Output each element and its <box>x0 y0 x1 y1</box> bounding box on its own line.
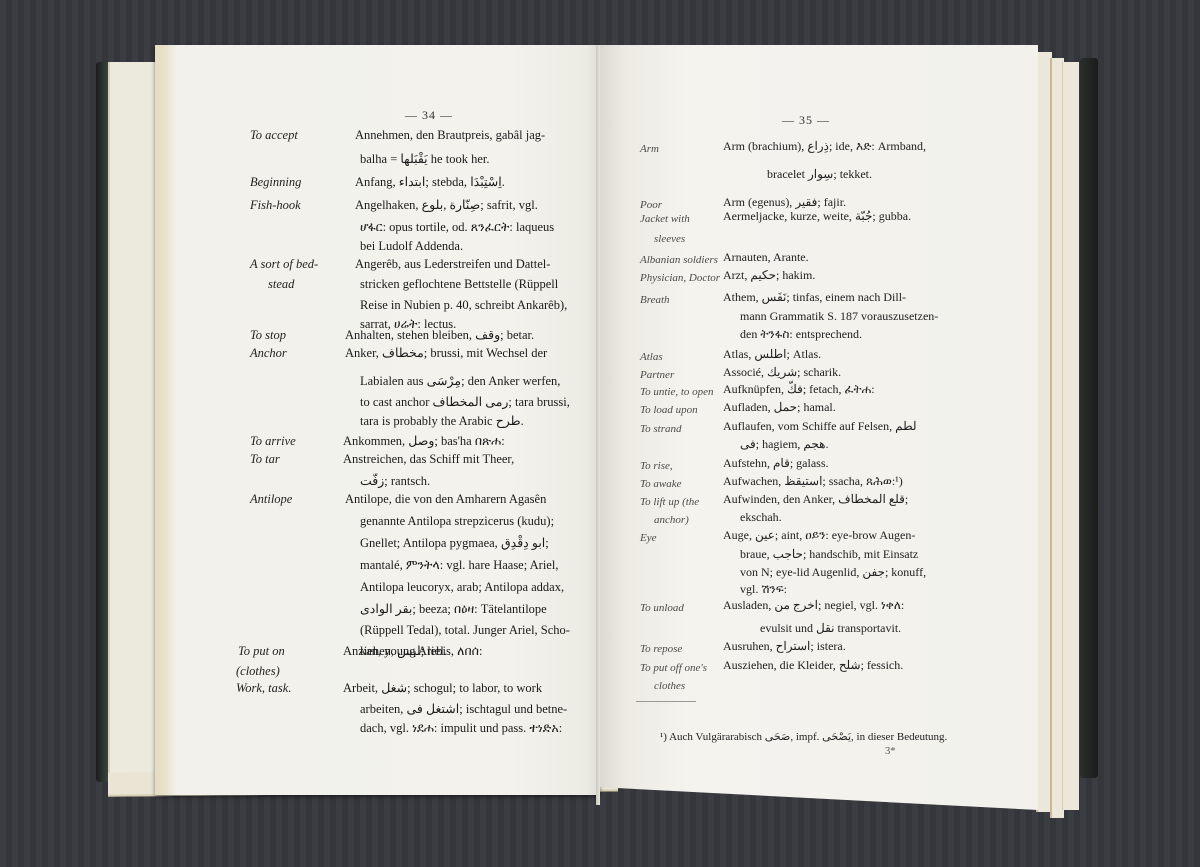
german-definition: (Rüppell Tedal), total. Junger Ariel, Sc… <box>360 622 585 639</box>
english-term: Arm <box>640 141 659 157</box>
book-cover-right <box>1080 58 1098 778</box>
english-term: (clothes) <box>236 663 280 680</box>
english-term: To load upon <box>640 402 698 418</box>
german-definition: Anhalten, stehen bleiben, وقف; betar. <box>345 327 585 344</box>
english-term: Fish-hook <box>250 197 301 214</box>
english-term: Antilope <box>250 491 292 508</box>
german-definition: Annehmen, den Brautpreis, gabâl jag- <box>355 127 585 144</box>
english-term: Partner <box>640 367 674 383</box>
english-term: To accept <box>250 127 298 144</box>
german-definition: Gnellet; Antilopa pygmaea, ابو دِقْدِق; <box>360 535 585 552</box>
german-definition: den ትንፋስ: entsprechend. <box>740 326 862 343</box>
footnote: ¹) Auch Vulgärarabisch صَحَى, impf. يَصْ… <box>660 730 947 743</box>
german-definition: mann Grammatik S. 187 vorauszusetzen- <box>740 308 938 325</box>
english-term: Atlas <box>640 349 663 365</box>
german-definition: Aufwachen, استيقظ; ssacha, ጸሕወ:¹) <box>723 473 903 490</box>
german-definition: ሆፋር: opus tortile, od. ጸንፈርት: laqueus <box>360 219 585 236</box>
english-term: Physician, Doctor <box>640 270 720 286</box>
german-definition: Ankommen, وصل; bas'ha በጽሐ: <box>343 433 585 450</box>
english-term: To stop <box>250 327 286 344</box>
page-edge <box>1062 62 1079 810</box>
english-term: Jacket with <box>640 211 690 227</box>
german-definition: Ausziehen, die Kleider, شلح; fessich. <box>723 657 903 674</box>
english-term: anchor) <box>654 512 689 528</box>
english-term: Breath <box>640 292 670 308</box>
german-definition: Angelhaken, صِنّارة ,بلوع; safrit, vgl. <box>355 197 585 214</box>
german-definition: to cast anchor رمى المخطاف; tara brussi, <box>360 394 585 411</box>
german-definition: بقر الوادى; beeza; በዕዛ: Tätelantilope <box>360 601 585 618</box>
german-definition: Associé, شريك; scharik. <box>723 364 841 381</box>
german-definition: Labialen aus مِرْسَى; den Anker werfen, <box>360 373 585 390</box>
german-definition: tara is probably the Arabic طرح. <box>360 413 585 430</box>
english-term: To tar <box>250 451 280 468</box>
english-term: To rise, <box>640 458 673 474</box>
english-term: To repose <box>640 641 682 657</box>
page-number-left: — 34 — <box>405 108 453 123</box>
english-term: Beginning <box>250 174 301 191</box>
german-definition: Anker, مخطاف; brussi, mit Wechsel der <box>345 345 585 362</box>
german-definition: evulsit und نقل transportavit. <box>760 620 901 637</box>
german-definition: Ausladen, اخرج من; negiel, vgl. ነቀለ: <box>723 597 904 614</box>
german-definition: Aermeljacke, kurze, weite, جُبّة; gubba. <box>723 208 911 225</box>
english-term: Work, task. <box>236 680 291 697</box>
german-definition: genannte Antilopa strepzicerus (kudu); <box>360 513 585 530</box>
german-definition: زفّت; rantsch. <box>360 473 585 490</box>
german-definition: vgl. ሽንፍ: <box>740 581 787 598</box>
german-definition: arbeiten, اشتغل فى; ischtagul und betne- <box>360 701 585 718</box>
book-gutter <box>596 45 600 805</box>
german-definition: Aufknüpfen, فكّ; fetach, ፈትሐ: <box>723 381 875 398</box>
german-definition: Reise in Nubien p. 40, schreibt Ankarêb)… <box>360 297 585 314</box>
english-term: To unload <box>640 600 684 616</box>
english-term: Eye <box>640 530 656 546</box>
english-term: sleeves <box>654 231 685 247</box>
german-definition: Aufladen, حمل; hamal. <box>723 399 836 416</box>
german-definition: Antilope, die von den Amharern Agasên <box>345 491 585 508</box>
german-definition: Arnauten, Arante. <box>723 249 809 266</box>
german-definition: Aufwinden, den Anker, قلع المخطاف; <box>723 491 908 508</box>
german-definition: فى; hagiem, هجم. <box>740 436 828 453</box>
english-term: To awake <box>640 476 681 492</box>
german-definition: mantalé, ምንትላ: vgl. hare Haase; Ariel, <box>360 557 585 574</box>
german-definition: von N; eye-lid Augenlid, جفن; konuff, <box>740 564 926 581</box>
english-term: stead <box>268 276 294 293</box>
english-term: Albanian soldiers <box>640 252 718 268</box>
signature-mark: 3* <box>885 746 896 757</box>
english-term: To untie, to open <box>640 384 714 400</box>
english-term: To lift up (the <box>640 494 699 510</box>
german-definition: Auge, عين; aint, ዐይን: eye-brow Augen- <box>723 527 915 544</box>
footnote-rule <box>636 701 696 702</box>
english-term: Anchor <box>250 345 287 362</box>
german-definition: balha = يَقْبَلها he took her. <box>360 151 585 168</box>
german-definition: Antilopa leucoryx, arab; Antilopa addax, <box>360 579 585 596</box>
german-definition: Athem, نَفَس; tinfas, einem nach Dill- <box>723 289 906 306</box>
english-term: A sort of bed- <box>250 256 318 273</box>
german-definition: stricken geflochtene Bettstelle (Rüppell <box>360 276 585 293</box>
german-definition: Anstreichen, das Schiff mit Theer, <box>343 451 585 468</box>
german-definition: Anziehen, لبس; lebis, ለበሰ: <box>343 643 585 660</box>
german-definition: Anfang, ابتداء; stebda, اِسْتِبْدَا. <box>355 174 585 191</box>
german-definition: ekschah. <box>740 509 782 526</box>
german-definition: Arm (brachium), ذِراع; ide, እድ: Armband, <box>723 138 926 155</box>
german-definition: Arzt, حكيم; hakim. <box>723 267 815 284</box>
german-definition: bei Ludolf Addenda. <box>360 238 585 255</box>
german-definition: Auflaufen, vom Schiffe auf Felsen, لطم <box>723 418 917 435</box>
english-term: To arrive <box>250 433 296 450</box>
german-definition: Arbeit, شغل; schogul; to labor, to work <box>343 680 585 697</box>
german-definition: braue, حاجب; handschib, mit Einsatz <box>740 546 918 563</box>
german-definition: Aufstehn, قام; galass. <box>723 455 829 472</box>
english-term: clothes <box>654 678 685 694</box>
english-term: To strand <box>640 421 681 437</box>
open-book: — 34 — To acceptAnnehmen, den Brautpreis… <box>0 0 1200 867</box>
german-definition: Ausruhen, استراح; istera. <box>723 638 846 655</box>
page-number-right: — 35 — <box>782 113 830 128</box>
german-definition: Angerêb, aus Lederstreifen und Dattel- <box>355 256 585 273</box>
english-term: To put off one's <box>640 660 707 676</box>
english-term: To put on <box>238 643 285 660</box>
german-definition: bracelet سِوار; tekket. <box>767 166 872 183</box>
german-definition: Atlas, اطلس; Atlas. <box>723 346 821 363</box>
german-definition: dach, vgl. ነደሐ: impulit und pass. ተነድአ: <box>360 720 585 737</box>
